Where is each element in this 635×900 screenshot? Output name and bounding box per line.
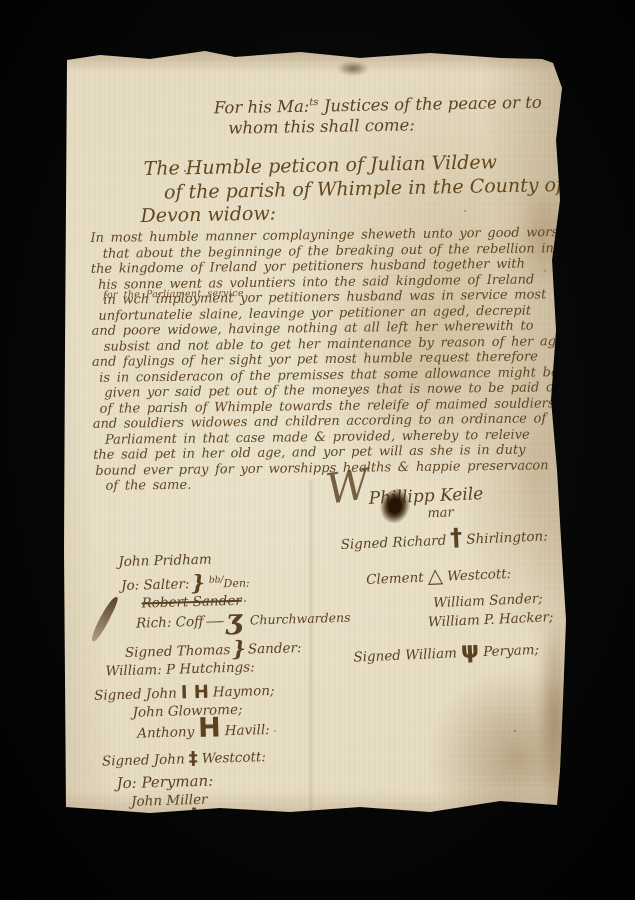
signature-text: fincher; <box>204 810 257 827</box>
signature-text: Signed John <box>94 686 177 704</box>
heading-text: For his Ma: <box>214 97 310 118</box>
signature-text: Sander: <box>248 640 302 657</box>
signature-dash: —– <box>203 613 224 630</box>
heading-superscript: ts <box>309 97 318 108</box>
signature-text: Shirlington: <box>466 528 548 547</box>
signature-mark: ‡ <box>184 748 202 769</box>
signature-brace: } <box>230 636 248 661</box>
heading-text: Justices of the peace or to <box>318 93 541 116</box>
signature-text: Signed John <box>102 751 185 769</box>
signature-brace: } <box>189 570 207 595</box>
signature-mark: I H <box>177 682 214 704</box>
signature-text: William P. Hacker; <box>428 609 554 630</box>
signature-note: Den: <box>223 576 249 590</box>
signature-text: Westcott: <box>201 749 266 767</box>
churchwardens-label: Churchwardens <box>250 610 351 628</box>
petition-title: The Humble peticon of Julian Vildew of t… <box>143 150 564 229</box>
signature-text: William Sander; <box>433 591 543 612</box>
signature-mark: ψ <box>456 637 483 664</box>
petition-body: for the Parliament service In most humbl… <box>90 225 565 494</box>
signature-text: William: P Hutchings: <box>105 659 255 679</box>
signature-text: Peryam; <box>483 642 540 660</box>
signature-text: Jo: Peryman: <box>116 772 213 793</box>
signature-text: Anthony <box>137 724 194 742</box>
signature-mark: † <box>184 803 205 832</box>
signature-brace: ʒ <box>223 603 244 637</box>
paper-sheet: For his Ma:ts Justices of the peace or t… <box>64 50 568 820</box>
signature-text: Signed Thomas <box>125 642 231 661</box>
manuscript-photo: For his Ma:ts Justices of the peace or t… <box>0 0 635 900</box>
signature-text: Signed Willia <box>93 812 184 831</box>
signature-text: Haymon; <box>213 683 275 701</box>
signatures-left-column: John PridhamJo: Salter:}bb/Den:Robert Sa… <box>84 545 452 832</box>
signature-text: Rich: Coff <box>136 614 204 632</box>
signature-text: Jo: Salter: <box>121 576 190 594</box>
signature-text: John Pridham <box>118 552 212 571</box>
signature-mark: † <box>446 523 467 552</box>
signature-mark: H <box>194 712 225 744</box>
signature: William Sander; <box>433 587 635 613</box>
signature-text: mar <box>427 505 454 521</box>
signature: Signed John‡Westcott: <box>102 742 450 771</box>
signature-text: Westcott: <box>447 566 512 585</box>
signature-text: Havill: <box>225 722 270 739</box>
interlineation: for the Parliament service <box>103 286 244 303</box>
heading: For his Ma:ts Justices of the peace or t… <box>214 89 545 138</box>
signature-note: bb/ <box>207 575 224 585</box>
